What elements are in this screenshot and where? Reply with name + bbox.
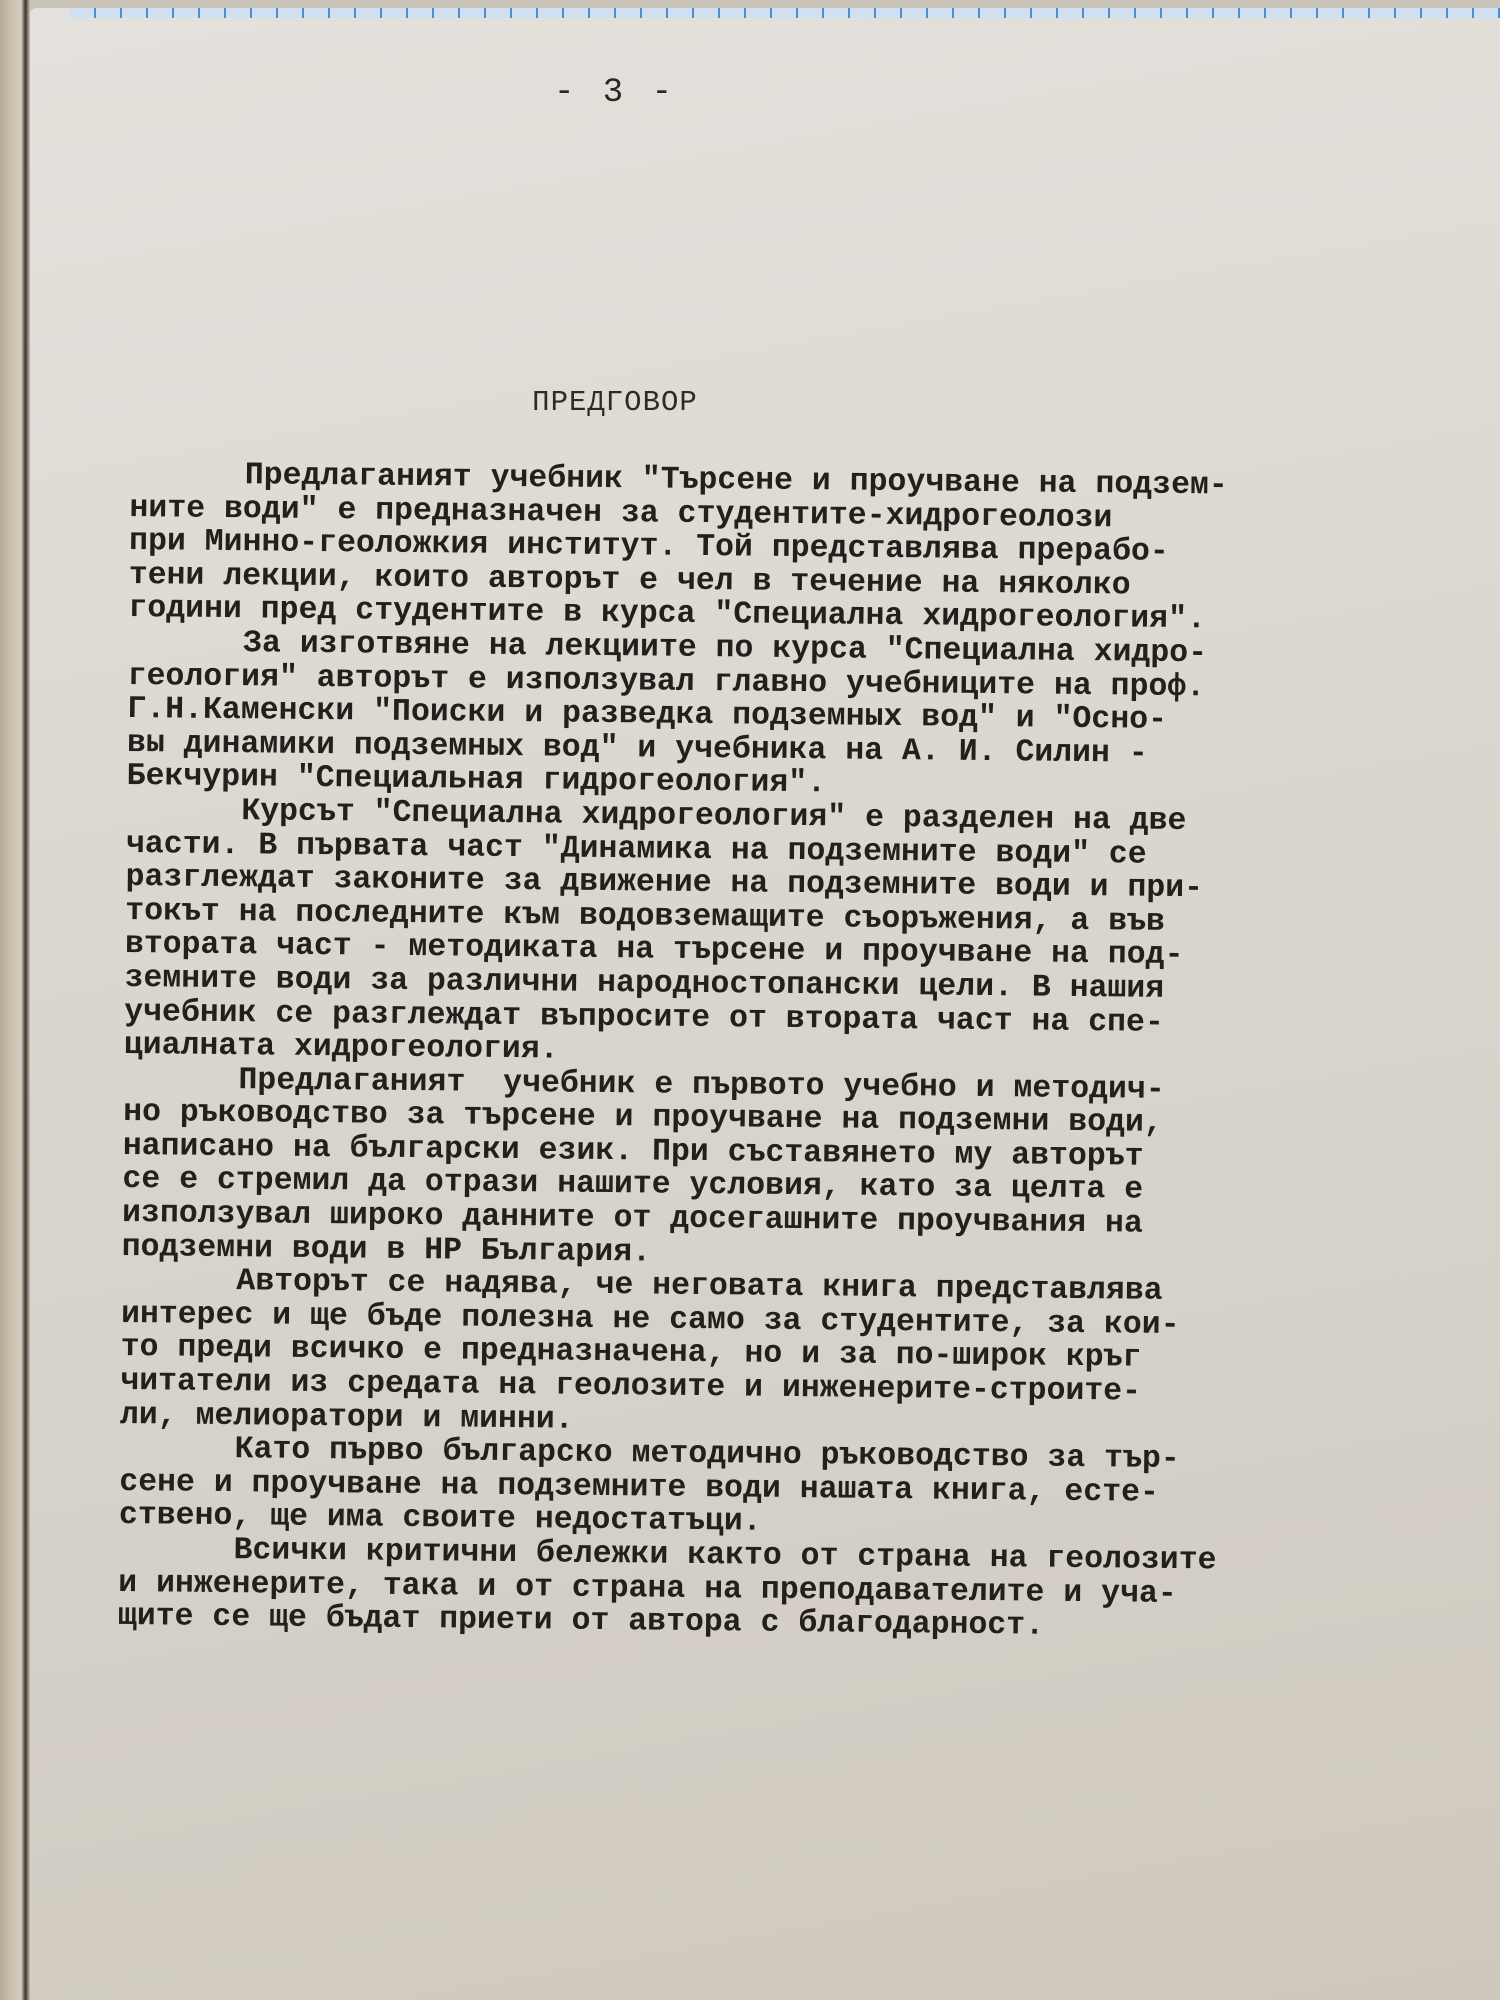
paragraph: Авторът се надява, че неговата книга пре…	[120, 1264, 1462, 1446]
paragraph: За изготвяне на лекциите по курса "Специ…	[126, 626, 1468, 808]
page-title: ПРЕДГОВОР	[0, 386, 1350, 419]
page-number: - 3 -	[0, 74, 1350, 112]
notebook-paper-strip	[70, 8, 1500, 18]
paragraph: Предлаганият учебник е първото учебно и …	[122, 1063, 1464, 1279]
book-spine-edge	[0, 0, 30, 2000]
body-text: Предлаганият учебник "Търсене и проучван…	[118, 458, 1470, 1648]
paragraph: Предлаганият учебник "Търсене и проучван…	[128, 458, 1470, 640]
paragraph: Курсът "Специална хидрогеология" е разде…	[124, 794, 1467, 1077]
paragraph: Като първо българско методично ръководст…	[119, 1432, 1460, 1547]
paragraph: Всички критични бележки както от страна …	[118, 1533, 1459, 1648]
document-page: - 3 - ПРЕДГОВОР Предлаганият учебник "Тъ…	[30, 8, 1500, 2000]
